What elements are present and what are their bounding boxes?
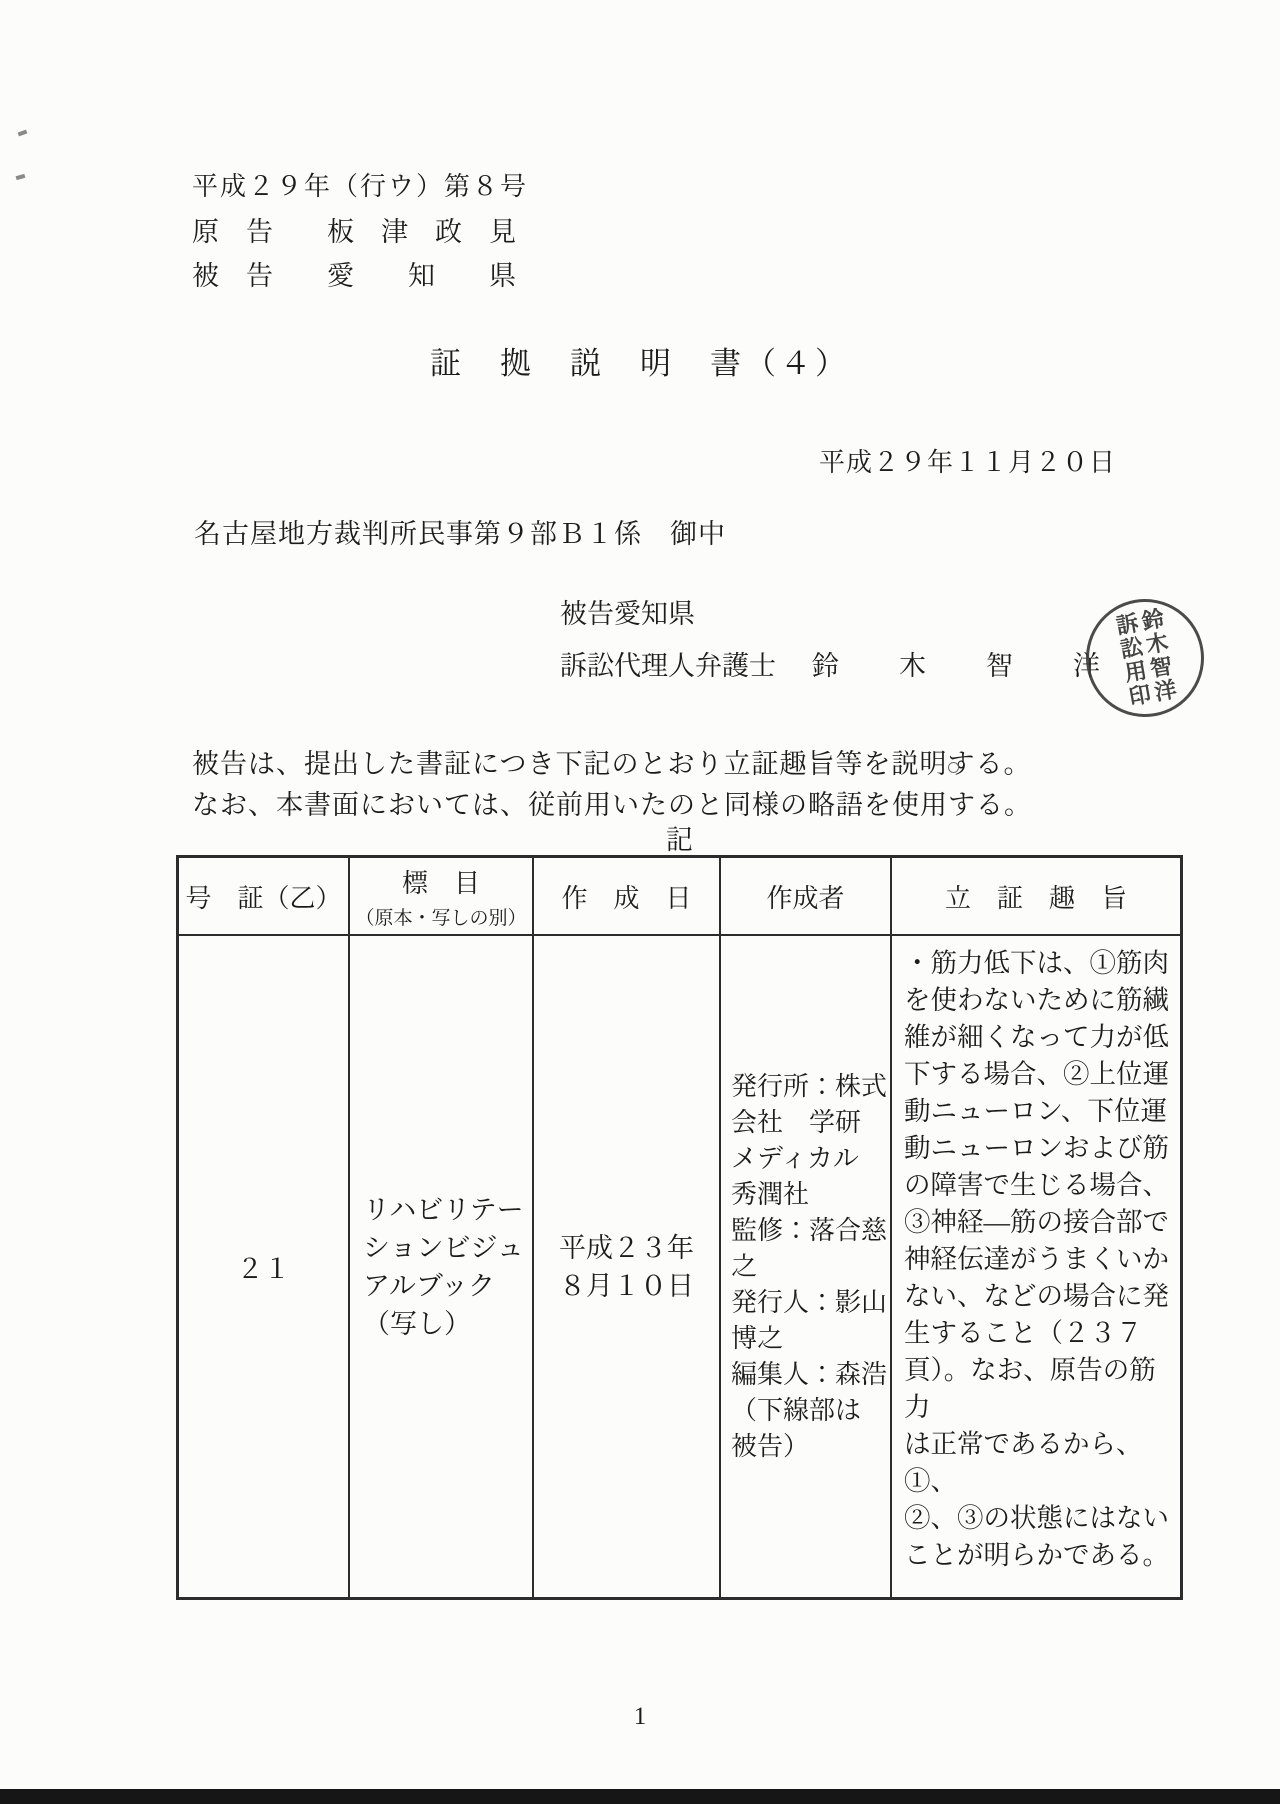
defendant-party-line: 被告愛知県 — [560, 592, 1160, 631]
court-address-line: 名古屋地方裁判所民事第９部Ｂ１係 御中 — [194, 512, 726, 551]
body-line-1: 被告は、提出した書証につき下記のとおり立証趣旨等を説明する。 — [192, 744, 1032, 785]
body-paragraph: 被告は、提出した書証につき下記のとおり立証趣旨等を説明する。 なお、本書面におい… — [192, 744, 1032, 826]
cell-purpose: ・筋力低下は、①筋肉を使わないために筋繊維が細くなって力が低下する場合、②上位運… — [892, 936, 1180, 1597]
defendant-line: 被 告 愛 知 県 — [192, 254, 516, 293]
document-date: 平成２９年１１月２０日 — [819, 442, 1116, 479]
case-number: 平成２９年（行ウ）第８号 — [192, 166, 528, 203]
purpose-paragraph-1: ・筋力低下は、①筋肉を使わないために筋繊維が細くなって力が低下する場合、②上位運… — [904, 945, 1172, 1574]
scanned-legal-document-page: 平成２９年（行ウ）第８号 原 告 板 津 政 見 被 告 愛 知 県 証 拠 説… — [0, 0, 1280, 1804]
scan-artifact-bottom-bar — [0, 1789, 1280, 1804]
cell-item-title: リハビリテーションビジュアルブック（写し） — [350, 936, 534, 1597]
scan-artifact-speck — [18, 130, 28, 137]
cell-created-date: 平成２３年８月１０日 — [534, 936, 721, 1597]
header-author: 作成者 — [721, 858, 892, 936]
ki-heading: 記 — [176, 818, 1183, 857]
plaintiff-line: 原 告 板 津 政 見 — [192, 210, 516, 249]
defendant-signature-block: 被告愛知県 訴訟代理人弁護士 鈴木智洋 — [560, 592, 1160, 683]
header-exhibit-number: 号 証（乙） — [179, 858, 350, 936]
header-created-date: 作 成 日 — [534, 858, 721, 936]
header-purpose: 立 証 趣 旨 — [892, 858, 1180, 936]
header-item-title: 標 目 （原本・写しの別） — [350, 858, 534, 936]
evidence-table: 号 証（乙） 標 目 （原本・写しの別） 作 成 日 作成者 立 証 趣 旨 ２… — [176, 855, 1183, 1600]
attorney-label: 訴訟代理人弁護士 — [560, 644, 776, 683]
scan-artifact-speck — [16, 174, 26, 180]
cell-author: 発行所：株式会社 学研メディカル秀潤社監修：落合慈之発行人：影山博之編集人：森浩… — [721, 936, 892, 1597]
cell-exhibit-number: ２１ — [179, 936, 350, 1597]
scan-artifact-ring — [948, 762, 959, 773]
page-number: 1 — [0, 1703, 1280, 1731]
document-title: 証 拠 説 明 書（４） — [0, 338, 1280, 383]
header-item-subtitle: （原本・写しの別） — [355, 903, 526, 930]
